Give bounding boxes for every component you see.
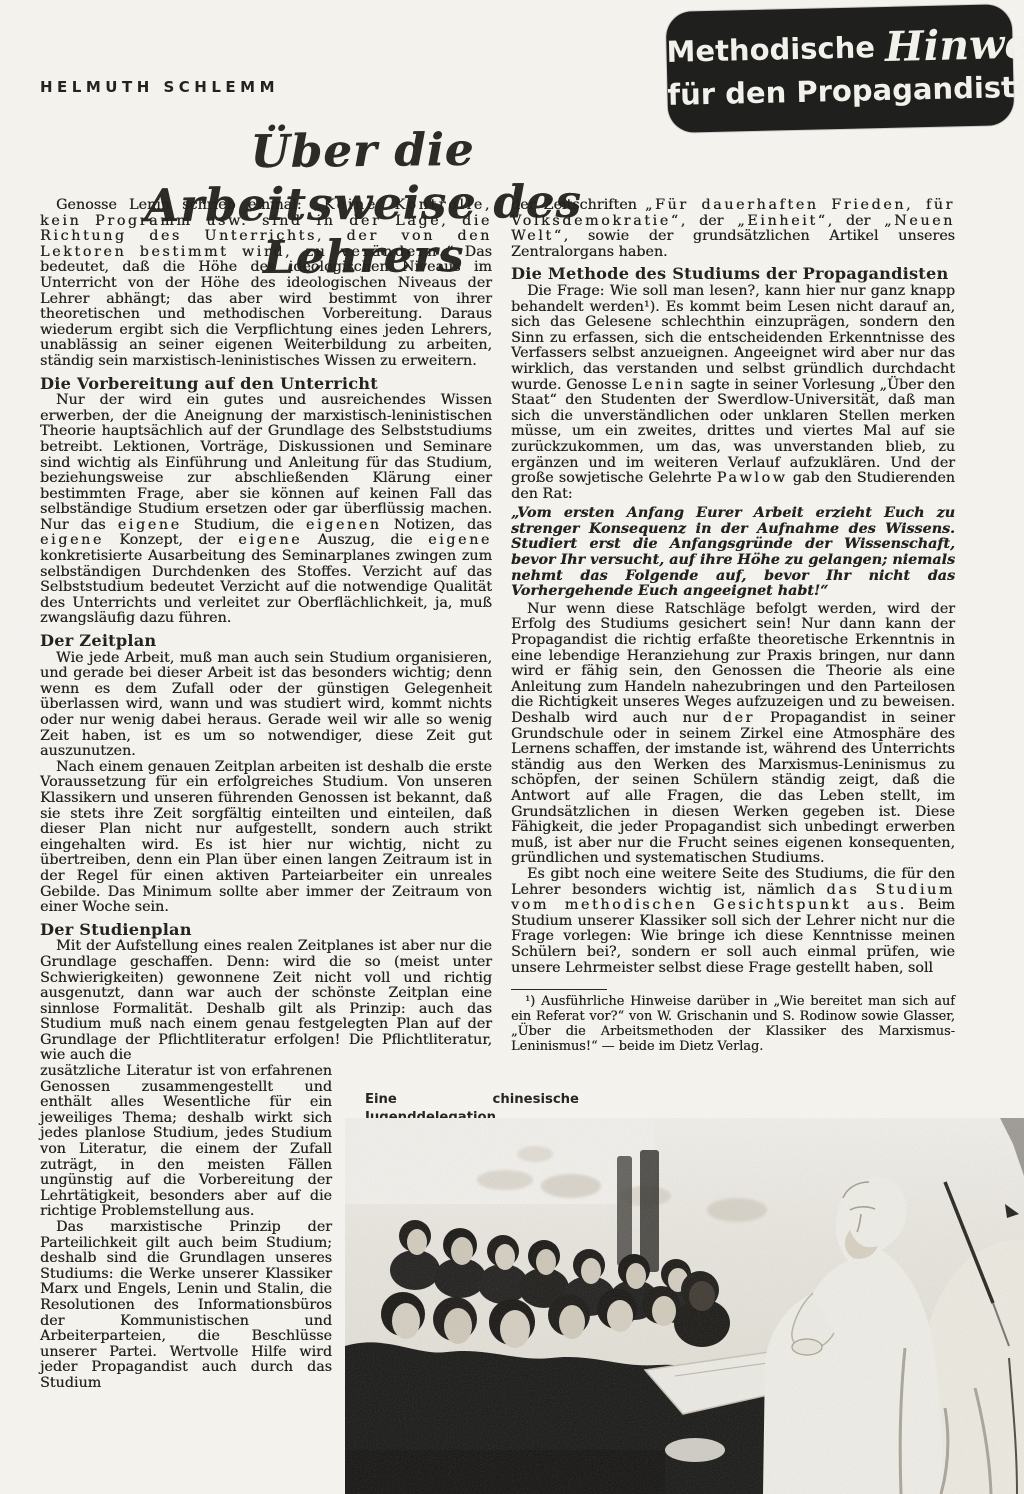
paragraph-ratschlaege: Nur wenn diese Ratschläge befolgt werden…: [511, 602, 955, 867]
section-heading-vorbereitung: Die Vorbereitung auf den Unterricht: [40, 376, 492, 392]
footnote-rule: [511, 989, 607, 990]
badge-line1: MethodischeHinweise: [666, 20, 1013, 76]
narrow-text-block: zusätzliche Literatur ist von erfahrenen…: [40, 1064, 332, 1391]
paragraph-zeitplan-2: Nach einem genauen Zeitplan arbeiten ist…: [40, 760, 492, 916]
paragraph-methodischer-gesichtspunkt: Es gibt noch eine weitere Seite des Stud…: [511, 867, 955, 976]
author-name: HELMUTH SCHLEMM: [40, 78, 279, 96]
paragraph-lenin-quote: Genosse Lenin schrieb einmal: „Keine Kon…: [40, 198, 492, 370]
methodische-hinweise-badge: MethodischeHinweise für den Propagandist…: [666, 4, 1015, 133]
paragraph-zeitschriften: der Zeitschriften „Für dauerhaften Fried…: [511, 198, 955, 260]
badge-word-methodische: Methodische: [666, 30, 875, 69]
paragraph-studienplan-narrow: zusätzliche Literatur ist von erfahrenen…: [40, 1064, 332, 1220]
paragraph-lesen: Die Frage: Wie soll man lesen?, kann hie…: [511, 284, 955, 502]
badge-word-hinweise: Hinweise: [884, 18, 1024, 71]
footnote: ¹) Ausführliche Hinweise darüber in „Wie…: [511, 995, 955, 1055]
badge-line2: für den Propagandisten: [667, 70, 1014, 112]
scanned-magazine-page: { "colors":{"paper":"#f6f4ef","ink":"#21…: [0, 0, 1024, 1494]
paragraph-studienplan-wide: Mit der Aufstellung eines realen Zeitpla…: [40, 939, 492, 1064]
paragraph-parteilichkeit: Das marxistische Prinzip der Parteilichk…: [40, 1220, 332, 1392]
pawlow-quote: „Vom ersten Anfang Eurer Arbeit erzieht …: [511, 506, 955, 600]
section-heading-studienplan: Der Studienplan: [40, 922, 492, 938]
section-heading-methode: Die Methode des Studiums der Propagandis…: [511, 266, 955, 282]
paragraph-zeitplan-1: Wie jede Arbeit, muß man auch sein Studi…: [40, 651, 492, 760]
paragraph-selbststudium: Nur der wird ein gutes und ausreichendes…: [40, 393, 492, 627]
section-heading-zeitplan: Der Zeitplan: [40, 633, 492, 649]
right-column: der Zeitschriften „Für dauerhaften Fried…: [511, 198, 955, 1055]
lenin-museum-photo: [345, 1118, 1024, 1494]
photo-grain: [345, 1118, 1024, 1494]
